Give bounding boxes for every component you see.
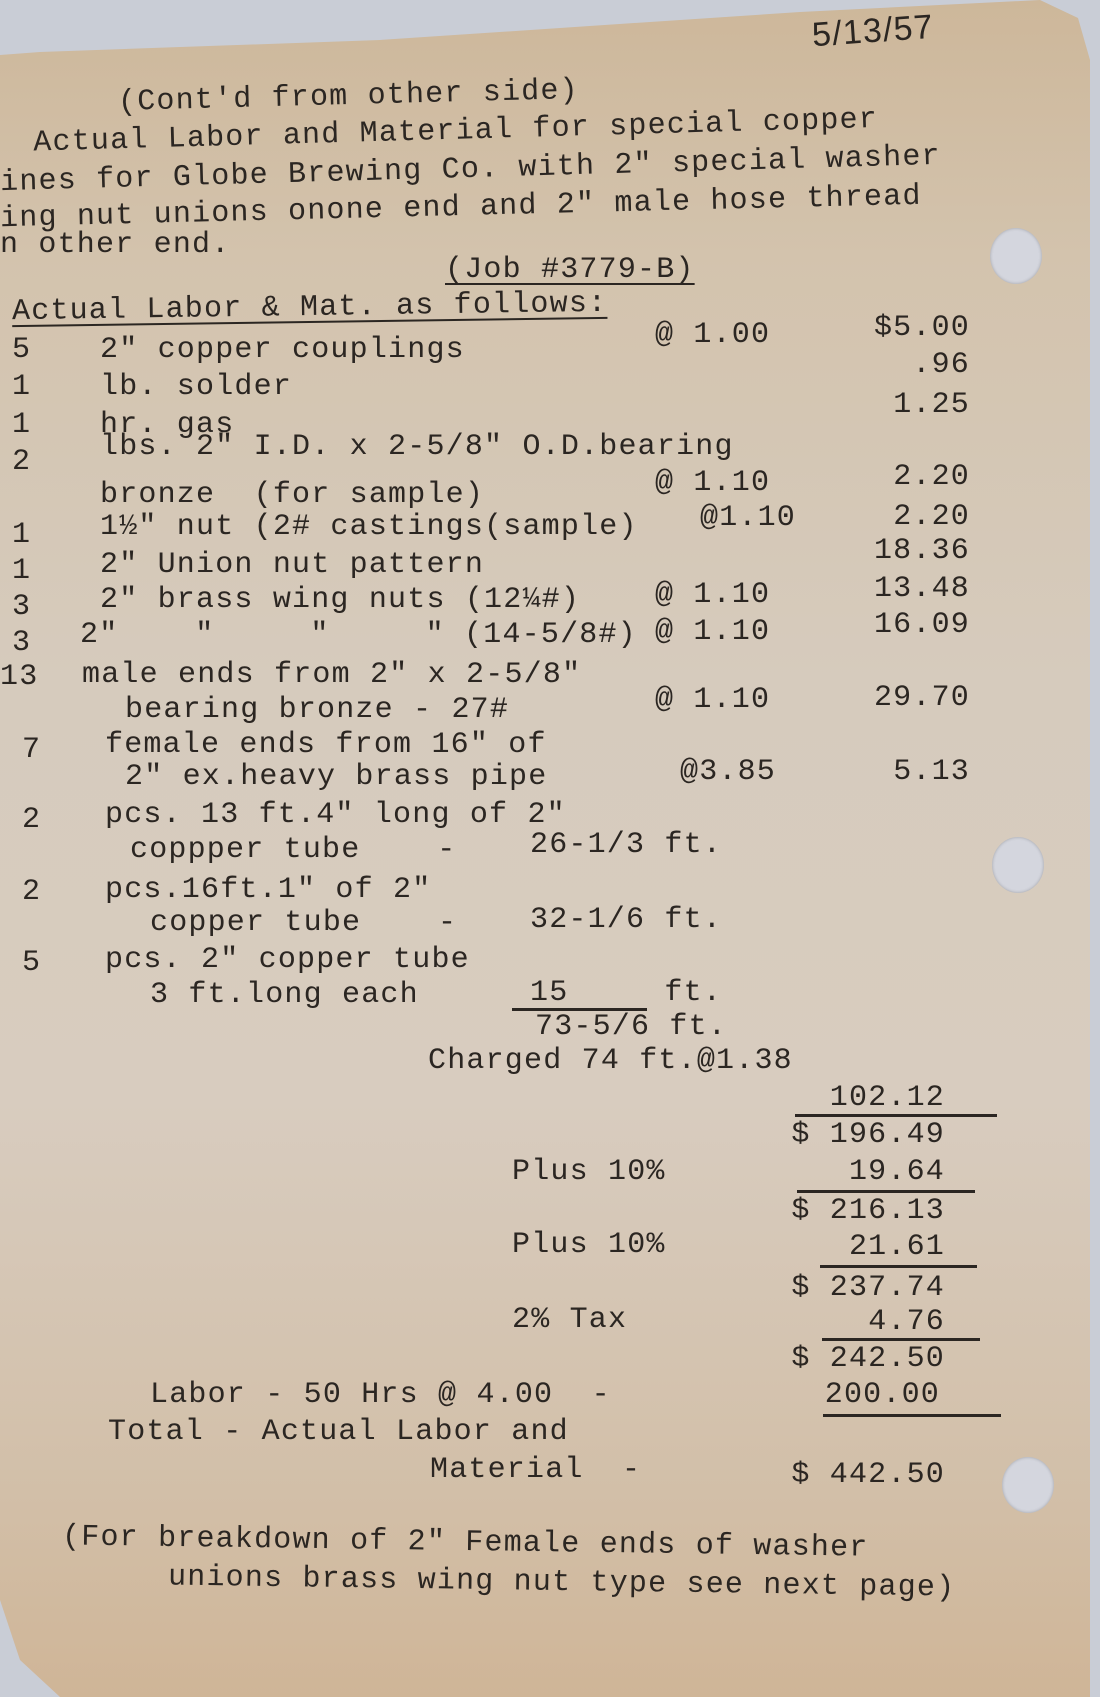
subtotal: $ 216.13 — [791, 1196, 945, 1226]
sum-rule — [797, 1190, 975, 1193]
markup-amount: 19.64 — [849, 1157, 945, 1187]
item-amount: $5.00 — [874, 313, 970, 343]
tube-desc: pcs.16ft.1" of 2" — [105, 875, 431, 905]
item-desc: 2" brass wing nuts (12¼#) — [100, 585, 580, 615]
item-desc: bearing bronze - 27# — [125, 695, 509, 725]
tube-desc: pcs. 13 ft.4" long of 2" — [105, 800, 566, 830]
item-qty: 3 — [12, 628, 31, 658]
sum-rule — [820, 1265, 977, 1268]
tube-qty: 2 — [22, 805, 41, 835]
tube-qty: 2 — [22, 877, 41, 907]
sum-rule — [795, 1114, 997, 1117]
item-amount: 5.13 — [893, 757, 970, 787]
item-desc: lbs. 2" I.D. x 2-5/8" O.D.bearing — [100, 432, 734, 462]
item-amount: 2.20 — [893, 462, 970, 492]
sum-rule — [823, 1414, 1001, 1417]
description-line: n other end. — [0, 230, 230, 260]
item-rate: @ 1.10 — [655, 617, 770, 647]
markup-amount: 21.61 — [849, 1232, 945, 1262]
item-rate: @ 1.10 — [655, 468, 770, 498]
labor-label: Labor - 50 Hrs @ 4.00 - — [150, 1380, 611, 1410]
tube-desc: copper tube - — [150, 908, 457, 938]
date: 5/13/57 — [811, 10, 935, 52]
item-desc: 2" copper couplings — [100, 335, 465, 365]
section-title: Actual Labor & Mat. as follows: — [12, 289, 608, 327]
tube-length: 26-1/3 ft. — [530, 830, 722, 860]
item-amount: 13.48 — [874, 574, 970, 604]
item-desc: 1½" nut (2# castings(sample) — [100, 512, 638, 542]
tube-total: 73-5/6 ft. — [535, 1012, 727, 1042]
subtotal: $ 242.50 — [791, 1344, 945, 1374]
punch-hole — [990, 228, 1042, 284]
item-qty: 1 — [12, 520, 31, 550]
labor-amount: 200.00 — [825, 1380, 940, 1410]
item-qty: 7 — [22, 735, 41, 765]
job-number: (Job #3779-B) — [445, 255, 695, 285]
tube-desc: 3 ft.long each — [150, 980, 419, 1010]
tube-length: 15 ft. — [530, 978, 722, 1008]
item-amount: 16.09 — [874, 610, 970, 640]
item-qty: 1 — [12, 372, 31, 402]
subtotal: $ 237.74 — [791, 1273, 945, 1303]
total-label: Material - — [430, 1455, 641, 1485]
tube-length: 32-1/6 ft. — [530, 905, 722, 935]
item-qty: 13 — [0, 662, 38, 692]
item-amount: 18.36 — [874, 536, 970, 566]
tube-amount: 102.12 — [830, 1083, 945, 1113]
tax-label: 2% Tax — [512, 1305, 627, 1335]
item-rate: @ 1.00 — [655, 320, 770, 350]
punch-hole — [1002, 1457, 1054, 1513]
item-rate: @1.10 — [700, 503, 796, 533]
markup-label: Plus 10% — [512, 1230, 666, 1260]
tube-desc: pcs. 2" copper tube — [105, 945, 470, 975]
item-desc: male ends from 2" x 2-5/8" — [82, 660, 581, 690]
punch-hole — [992, 837, 1044, 893]
charged-rate: Charged 74 ft.@1.38 — [428, 1046, 793, 1076]
tube-desc: coppper tube - — [130, 835, 456, 865]
item-desc: 2" ex.heavy brass pipe — [125, 762, 547, 792]
tube-qty: 5 — [22, 948, 41, 978]
item-amount: 1.25 — [893, 390, 970, 420]
tax-amount: 4.76 — [868, 1307, 945, 1337]
item-desc: 2" " " " (14-5/8#) — [80, 620, 637, 650]
item-rate: @3.85 — [680, 757, 776, 787]
item-amount: 29.70 — [874, 683, 970, 713]
item-rate: @ 1.10 — [655, 580, 770, 610]
subtotal: $ 196.49 — [791, 1120, 945, 1150]
item-qty: 2 — [12, 447, 31, 477]
item-qty: 1 — [12, 556, 31, 586]
item-desc: 2" Union nut pattern — [100, 550, 484, 580]
markup-label: Plus 10% — [512, 1157, 666, 1187]
item-desc: lb. solder — [100, 372, 292, 402]
item-desc: bronze (for sample) — [100, 480, 484, 510]
item-qty: 3 — [12, 592, 31, 622]
total-label: Total - Actual Labor and — [108, 1417, 569, 1447]
item-qty: 5 — [12, 335, 31, 365]
item-desc: female ends from 16" of — [105, 730, 547, 760]
item-qty: 1 — [12, 410, 31, 440]
item-amount: 2.20 — [893, 502, 970, 532]
grand-total: $ 442.50 — [791, 1460, 945, 1490]
sum-rule — [822, 1338, 980, 1341]
item-amount: .96 — [912, 350, 970, 380]
item-rate: @ 1.10 — [655, 685, 770, 715]
